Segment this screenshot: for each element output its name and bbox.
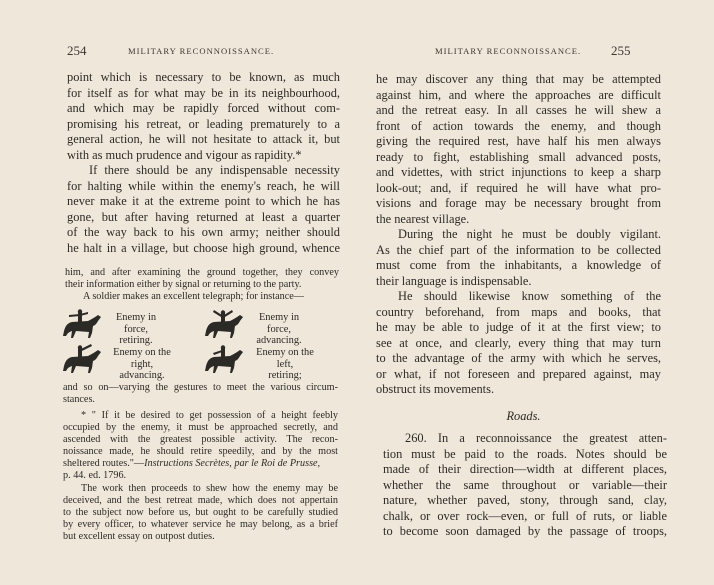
page-number: 255	[611, 43, 631, 59]
main-text: point which is necessary to be known, as…	[67, 70, 340, 256]
signal-right-advancing: Enemy on the right, advancing.	[60, 344, 178, 382]
horseman-icon	[60, 309, 104, 339]
signal-left-retiring: Enemy on the left, retiring;	[202, 344, 322, 382]
page-number: 254	[67, 43, 87, 59]
paragraph: he may discover any thing that may be at…	[376, 72, 661, 227]
horseman-icon	[202, 309, 246, 339]
signal-caption: Enemy on the right, advancing.	[106, 347, 178, 382]
paragraph: 260. In a reconnoissance the greatest at…	[383, 431, 667, 540]
signal-caption: Enemy in force, retiring.	[106, 312, 166, 347]
paragraph: If there should be any indispensable nec…	[67, 163, 340, 256]
after-signals-text: and so on—varying the gestures to meet t…	[63, 382, 338, 406]
signal-caption: Enemy on the left, retiring;	[248, 347, 322, 382]
closing-note: The work then proceeds to shew how the e…	[63, 483, 338, 543]
signal-illustrations: Enemy in force, retiring. Enemy in force…	[60, 309, 350, 379]
citation: Instructions Secrètes, par le Roi de Pru…	[144, 458, 320, 469]
section-heading: Roads.	[370, 409, 677, 424]
main-text: he may discover any thing that may be at…	[376, 72, 661, 398]
paragraph: During the night he must be doubly vigil…	[376, 227, 661, 289]
signal-retiring: Enemy in force, retiring.	[60, 309, 166, 347]
paragraph: point which is necessary to be known, as…	[67, 70, 340, 163]
horseman-icon	[60, 344, 104, 374]
signal-caption: Enemy in force, advancing.	[248, 312, 310, 347]
running-head: MILITARY RECONNOISSANCE.	[435, 46, 581, 56]
signal-advancing: Enemy in force, advancing.	[202, 309, 310, 347]
roads-section-text: 260. In a reconnoissance the greatest at…	[383, 431, 667, 540]
running-head: MILITARY RECONNOISSANCE.	[128, 46, 274, 56]
paragraph: He should likewise know something of the…	[376, 289, 661, 398]
horseman-icon	[202, 344, 246, 374]
footnote: * " If it be desired to get possession o…	[63, 410, 338, 483]
quoted-text: him, and after examining the ground toge…	[65, 267, 339, 303]
